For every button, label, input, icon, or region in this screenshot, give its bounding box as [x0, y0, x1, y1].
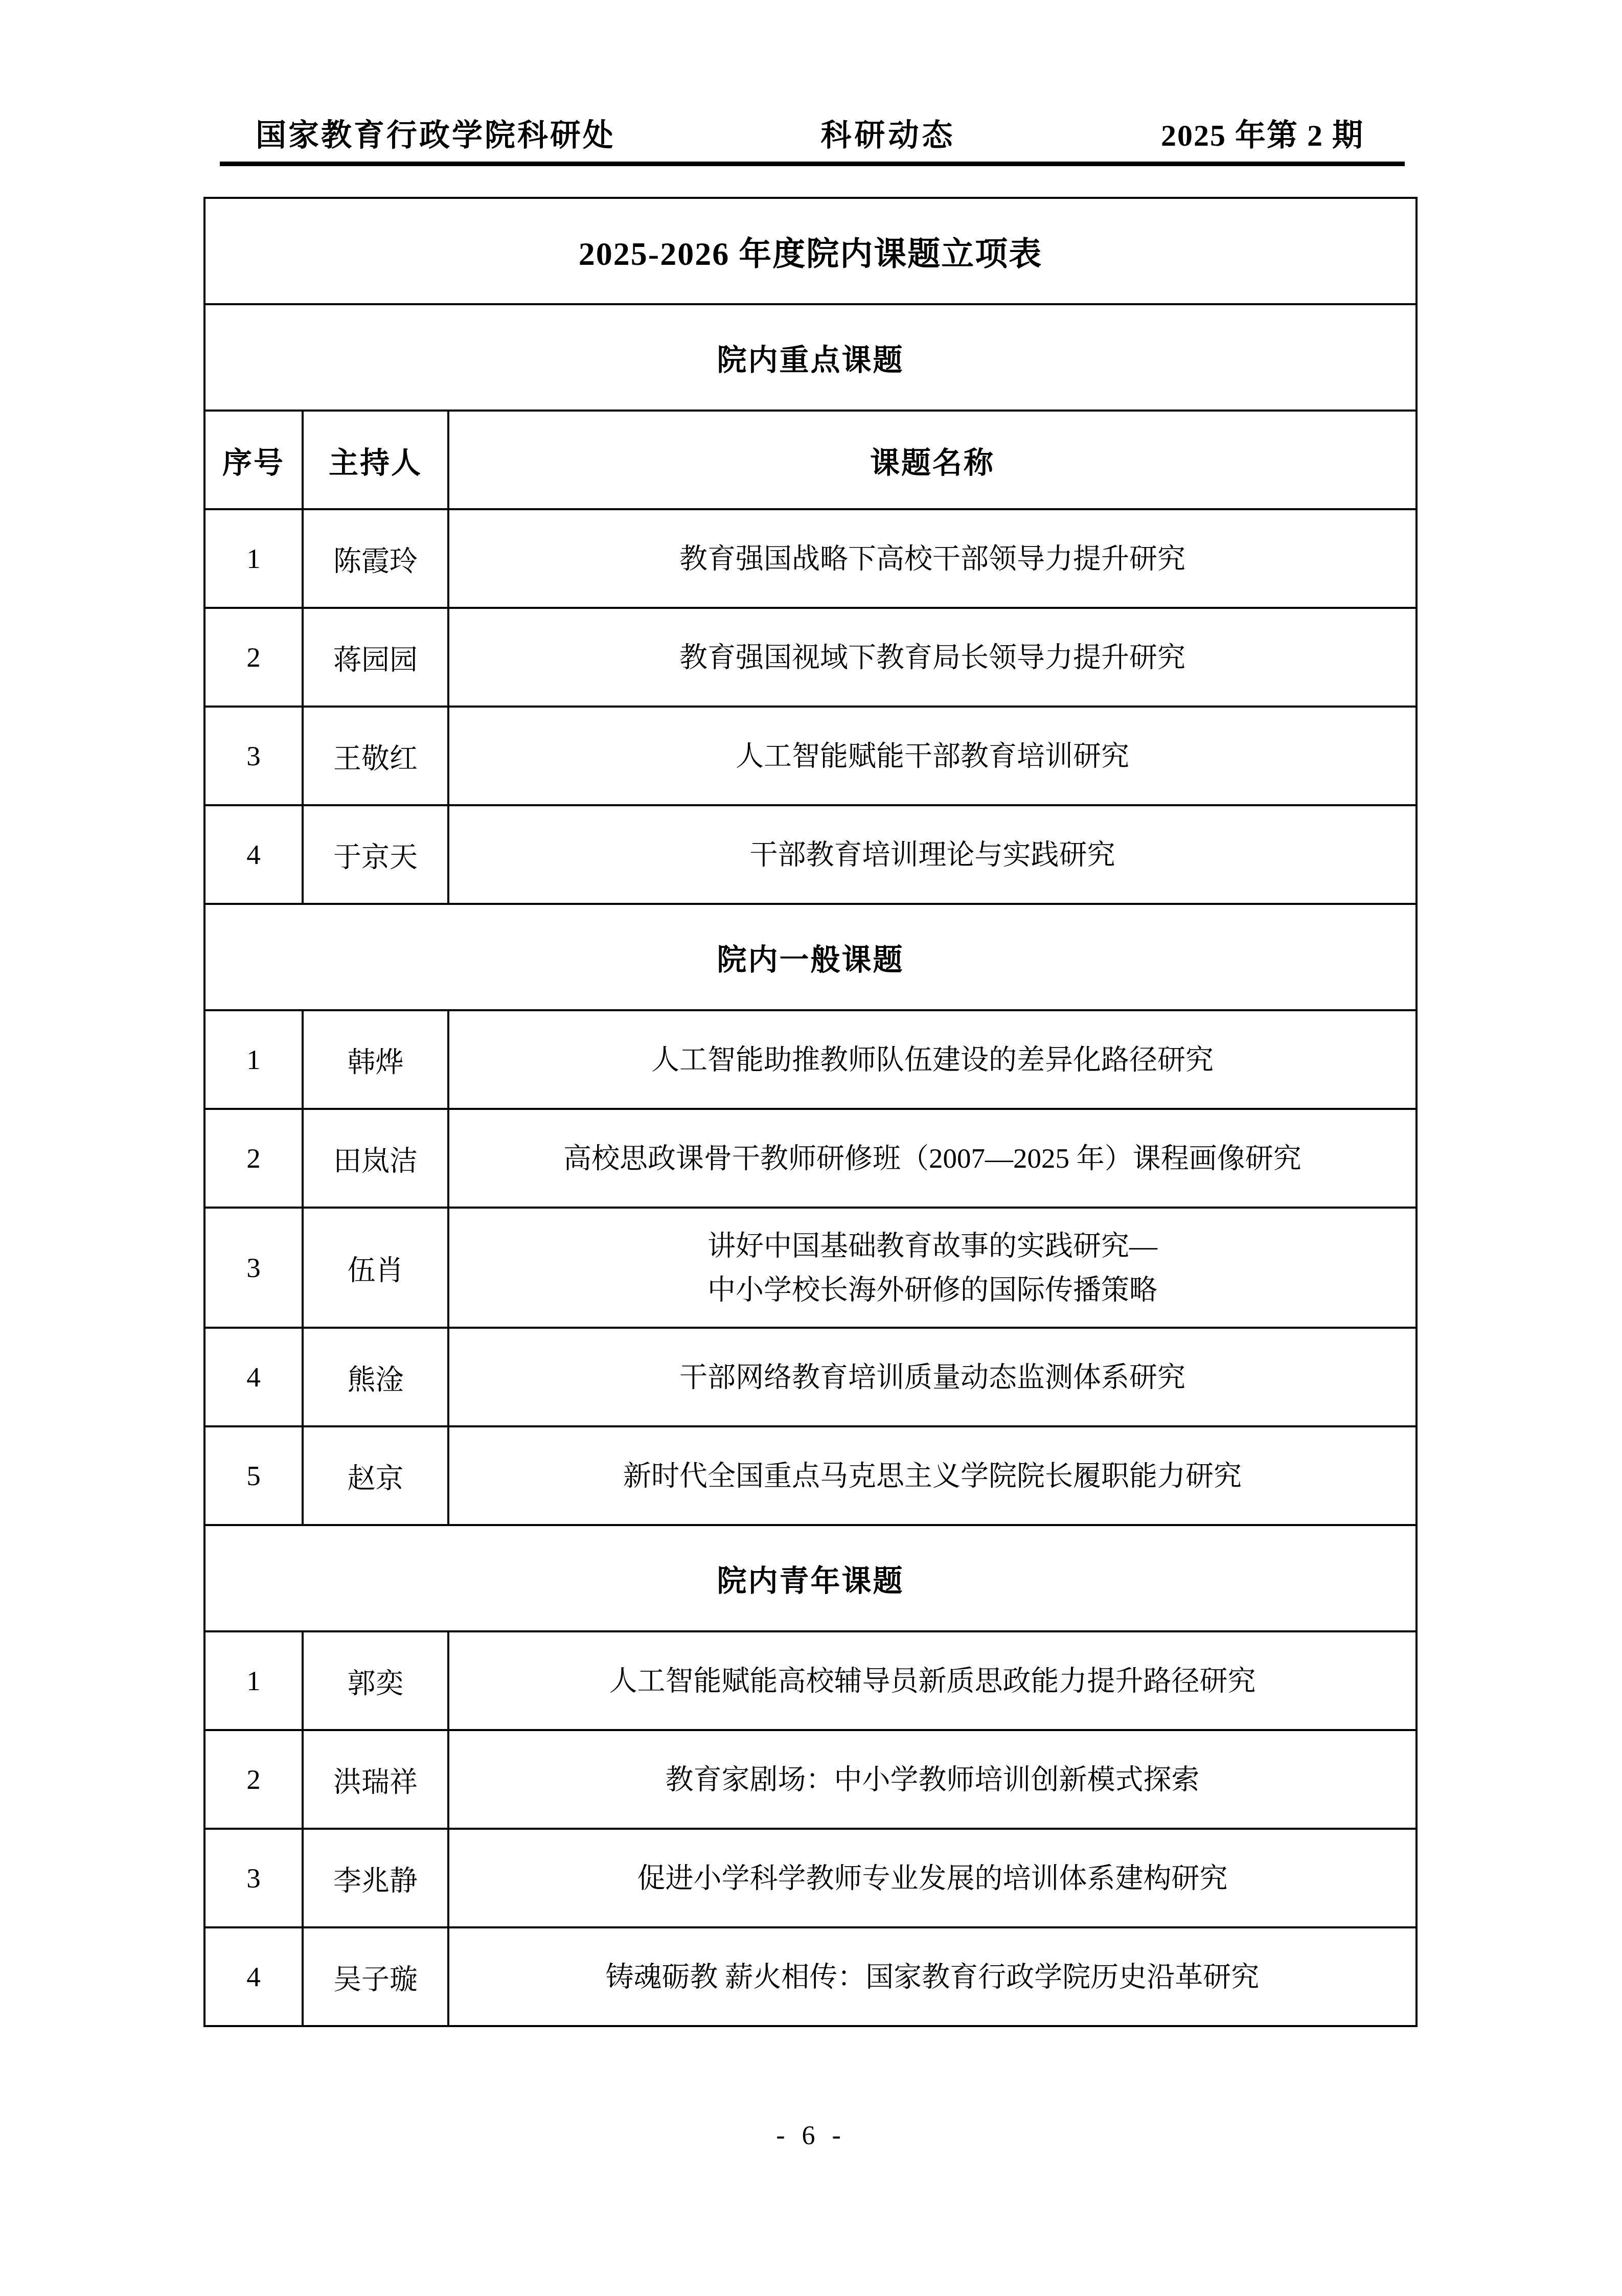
topic-cell: 高校思政课骨干教师研修班（2007—2025 年）课程画像研究: [448, 1109, 1417, 1208]
host-cell: 洪瑞祥: [303, 1730, 448, 1829]
row-index-cell: 3: [204, 707, 303, 805]
page-number: - 6 -: [0, 2121, 1622, 2151]
document-page: 国家教育行政学院科研处 科研动态 2025 年第 2 期 2025-2026 年…: [0, 0, 1622, 2296]
table-row: 1 韩烨 人工智能助推教师队伍建设的差异化路径研究: [204, 1010, 1417, 1109]
running-head-issue: 2025 年第 2 期: [1161, 111, 1364, 155]
host-cell: 陈霞玲: [303, 509, 448, 608]
running-head-bulletin-title: 科研动态: [821, 111, 956, 155]
table-row: 2 蒋园园 教育强国视域下教育局长领导力提升研究: [204, 608, 1417, 707]
table-title: 2025-2026 年度院内课题立项表: [204, 198, 1417, 304]
header-rule: [220, 162, 1405, 166]
row-index-cell: 1: [204, 1631, 303, 1730]
host-cell: 吴子璇: [303, 1927, 448, 2026]
column-header-row: 序号 主持人 课题名称: [204, 411, 1417, 509]
row-index-cell: 3: [204, 1208, 303, 1328]
column-header-no: 序号: [204, 411, 303, 509]
host-cell: 李兆静: [303, 1829, 448, 1927]
section-row-youth-projects: 院内青年课题: [204, 1525, 1417, 1631]
column-header-name: 课题名称: [448, 411, 1417, 509]
row-index-cell: 1: [204, 1010, 303, 1109]
table-row: 3 李兆静 促进小学科学教师专业发展的培训体系建构研究: [204, 1829, 1417, 1927]
row-index-cell: 2: [204, 1730, 303, 1829]
row-index-cell: 4: [204, 1328, 303, 1426]
topic-cell: 新时代全国重点马克思主义学院院长履职能力研究: [448, 1426, 1417, 1525]
section-label: 院内重点课题: [204, 304, 1417, 411]
running-head: 国家教育行政学院科研处 科研动态 2025 年第 2 期: [256, 111, 1364, 154]
host-cell: 田岚洁: [303, 1109, 448, 1208]
row-index-cell: 2: [204, 1109, 303, 1208]
table-row: 5 赵京 新时代全国重点马克思主义学院院长履职能力研究: [204, 1426, 1417, 1525]
section-row-general-projects: 院内一般课题: [204, 904, 1417, 1010]
topic-cell: 教育家剧场：中小学教师培训创新模式探索: [448, 1730, 1417, 1829]
host-cell: 伍肖: [303, 1208, 448, 1328]
column-header-host: 主持人: [303, 411, 448, 509]
project-approval-table: 2025-2026 年度院内课题立项表 院内重点课题 序号 主持人 课题名称 1…: [203, 197, 1418, 2027]
table-row: 1 陈霞玲 教育强国战略下高校干部领导力提升研究: [204, 509, 1417, 608]
topic-cell: 铸魂砺教 薪火相传：国家教育行政学院历史沿革研究: [448, 1927, 1417, 2026]
table-title-row: 2025-2026 年度院内课题立项表: [204, 198, 1417, 304]
host-cell: 王敬红: [303, 707, 448, 805]
table-row: 2 洪瑞祥 教育家剧场：中小学教师培训创新模式探索: [204, 1730, 1417, 1829]
host-cell: 于京天: [303, 805, 448, 904]
row-index-cell: 3: [204, 1829, 303, 1927]
row-index-cell: 1: [204, 509, 303, 608]
topic-cell: 教育强国战略下高校干部领导力提升研究: [448, 509, 1417, 608]
topic-cell: 人工智能助推教师队伍建设的差异化路径研究: [448, 1010, 1417, 1109]
table-row: 4 吴子璇 铸魂砺教 薪火相传：国家教育行政学院历史沿革研究: [204, 1927, 1417, 2026]
table-row: 4 于京天 干部教育培训理论与实践研究: [204, 805, 1417, 904]
host-cell: 韩烨: [303, 1010, 448, 1109]
topic-cell: 教育强国视域下教育局长领导力提升研究: [448, 608, 1417, 707]
host-cell: 郭奕: [303, 1631, 448, 1730]
row-index-cell: 4: [204, 1927, 303, 2026]
host-cell: 赵京: [303, 1426, 448, 1525]
host-cell: 熊淦: [303, 1328, 448, 1426]
row-index-cell: 4: [204, 805, 303, 904]
table-row: 3 王敬红 人工智能赋能干部教育培训研究: [204, 707, 1417, 805]
table-row: 4 熊淦 干部网络教育培训质量动态监测体系研究: [204, 1328, 1417, 1426]
row-index-cell: 2: [204, 608, 303, 707]
section-row-key-projects: 院内重点课题: [204, 304, 1417, 411]
table-row: 1 郭奕 人工智能赋能高校辅导员新质思政能力提升路径研究: [204, 1631, 1417, 1730]
host-cell: 蒋园园: [303, 608, 448, 707]
topic-cell: 促进小学科学教师专业发展的培训体系建构研究: [448, 1829, 1417, 1927]
section-label: 院内一般课题: [204, 904, 1417, 1010]
topic-cell: 讲好中国基础教育故事的实践研究— 中小学校长海外研修的国际传播策略: [448, 1208, 1417, 1328]
table-row: 2 田岚洁 高校思政课骨干教师研修班（2007—2025 年）课程画像研究: [204, 1109, 1417, 1208]
topic-cell: 干部教育培训理论与实践研究: [448, 805, 1417, 904]
topic-cell: 干部网络教育培训质量动态监测体系研究: [448, 1328, 1417, 1426]
section-label: 院内青年课题: [204, 1525, 1417, 1631]
running-head-department: 国家教育行政学院科研处: [256, 111, 615, 155]
row-index-cell: 5: [204, 1426, 303, 1525]
topic-cell: 人工智能赋能干部教育培训研究: [448, 707, 1417, 805]
table-row: 3 伍肖 讲好中国基础教育故事的实践研究— 中小学校长海外研修的国际传播策略: [204, 1208, 1417, 1328]
topic-cell: 人工智能赋能高校辅导员新质思政能力提升路径研究: [448, 1631, 1417, 1730]
